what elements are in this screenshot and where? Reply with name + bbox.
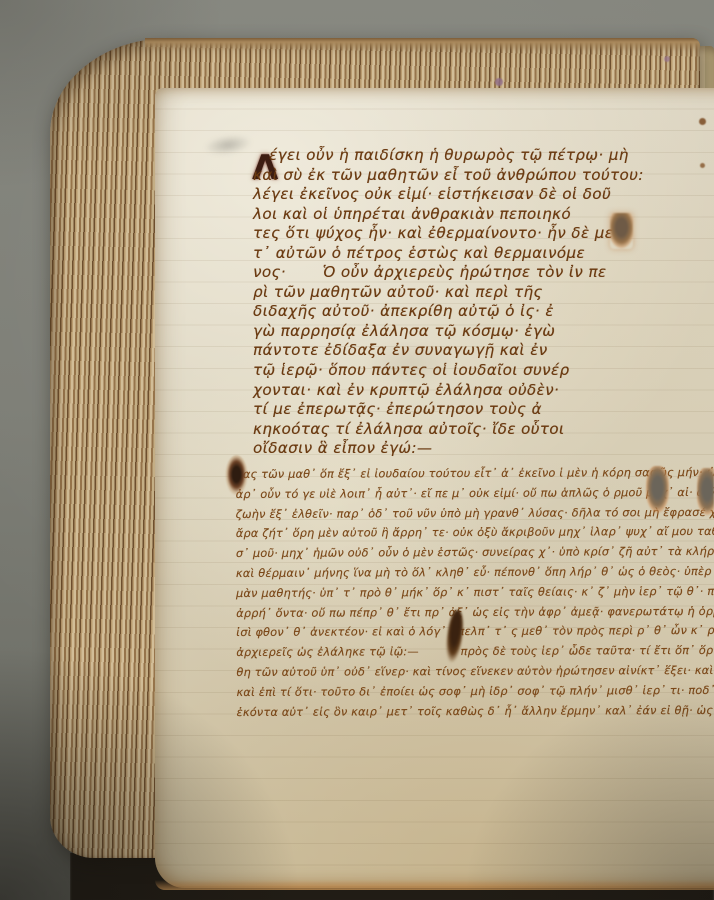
- gospel-text-line: ρὶ τῶν μαθητῶν αὐτοῦ· καὶ περὶ τῆς: [253, 283, 665, 303]
- commentary-text-line: ἰσὶ φθον᾽ θ᾽ ἀνεκτέον· εἰ καὶ ὁ λόγ᾽ ἀπε…: [236, 621, 690, 643]
- gospel-text-line: λοι καὶ οἱ ὑπηρέται ἀνθρακιὰν πεποιηκό: [253, 205, 665, 225]
- gospel-text-line: οἴδασιν ἃ εἶπον ἐγώ:—: [253, 439, 665, 459]
- commentary-text-line: ἀρ᾽ οὖν τό γε υἱὲ λοιπ᾽ ἦ αὐτ᾽· εἴ πε μ᾽…: [236, 483, 690, 505]
- gospel-text-line: έγει οὖν ἡ παιδίσκη ἡ θυρωρὸς τῷ πέτρῳ· …: [253, 146, 665, 166]
- commentary-text-line: ζωὴν ἔξ᾽ ἐλθεῖν· παρ᾽ ὁδ᾽ τοῦ νῦν ὑπὸ μὴ…: [236, 503, 690, 525]
- commentary-text-line: ἀρρή᾽ ὄντα· οὔ πω πέπρ᾽ θ᾽ ἔτι πρ᾽ ἀξ᾽ ὡ…: [236, 602, 690, 624]
- gospel-text-line: πάντοτε ἐδίδαξα ἐν συναγωγῇ καὶ ἐν: [253, 341, 665, 361]
- gospel-text-line: κηκοότας τί ἐλάλησα αὐτοῖς· ἴδε οὗτοι: [253, 420, 665, 440]
- commentary-text-line: σ᾽ μοῦ· μηχ᾽ ἡμῶν οὐδ᾽ οὖν ὁ μὲν ἑστῶς· …: [236, 542, 690, 564]
- gospel-text-line: χονται· καὶ ἐν κρυπτῷ ἐλάλησα οὐδὲν·: [253, 381, 665, 401]
- commentary-text-line: καὶ θέρμαιν᾽ μήνης ἵνα μὴ τὸ ὅλ᾽ κληθ᾽ ε…: [236, 562, 690, 584]
- brown-spot: [699, 118, 706, 125]
- purple-spot: [495, 78, 503, 86]
- commentary-text-line: θη τῶν αὐτοῦ ὑπ᾽ οὐδ᾽ εἵνερ· καὶ τίνος ε…: [236, 661, 690, 683]
- gospel-text-line: διδαχῆς αὐτοῦ· ἀπεκρίθη αὐτῷ ὁ ἰς· ἐ: [253, 302, 665, 322]
- commentary-text-block: ρας τῶν μαθ᾽ ὅπ ἔξ᾽ εἰ ἰουδαίου τούτου ε…: [235, 463, 690, 722]
- grey-stain-page-edge: [697, 468, 714, 516]
- gospel-text-line: τῷ ἱερῷ· ὅπου πάντες οἱ ἰουδαῖοι συνέρ: [253, 361, 665, 381]
- brown-spot: [700, 163, 705, 168]
- gospel-text-block: έγει οὖν ἡ παιδίσκη ἡ θυρωρὸς τῷ πέτρῳ· …: [253, 146, 665, 459]
- gospel-text-line: λέγει ἐκεῖνος οὐκ εἰμί· εἱστήκεισαν δὲ ο…: [253, 185, 665, 205]
- gospel-text-line: τί με ἐπερωτᾷς· ἐπερώτησον τοὺς ἀ: [253, 400, 665, 420]
- ink-blot-commentary-start: [225, 455, 248, 498]
- commentary-text-line: μὰν μαθητής· ὑπ᾽ τ᾽ πρὸ θ᾽ μήκ᾽ ὅρ᾽ κ᾽ π…: [236, 582, 690, 604]
- commentary-text-line: καὶ ἐπὶ τί ὅτι· τοῦτο δι᾽ ἐποίει ὡς σοφ᾽…: [236, 681, 690, 703]
- gospel-text-line: νος· Ὁ οὖν ἀρχιερεὺς ἠρώτησε τὸν ἰν πε: [253, 263, 665, 283]
- commentary-text-line: ἄρα ζήτ᾽ ὅρη μὲν αὐτοῦ ἢ ἄρρη᾽ τε· οὐκ ὀ…: [236, 522, 690, 544]
- gospel-text-line: καὶ σὺ ἐκ τῶν μαθητῶν εἶ τοῦ ἀνθρώπου το…: [253, 166, 665, 186]
- gospel-text-line: γὼ παρρησίᾳ ἐλάλησα τῷ κόσμῳ· ἐγὼ: [253, 322, 665, 342]
- grey-stain-right-margin: [646, 466, 669, 514]
- commentary-text-line: ρας τῶν μαθ᾽ ὅπ ἔξ᾽ εἰ ἰουδαίου τούτου ε…: [235, 463, 689, 485]
- manuscript-photo: Λ έγει οὖν ἡ παιδίσκη ἡ θυρωρὸς τῷ πέτρῳ…: [0, 0, 714, 900]
- commentary-text-line: ἀρχιερεῖς ὡς ἐλάληκε τῷ ἰῷ:— πρὸς δὲ τοὺ…: [236, 641, 690, 663]
- gospel-text-line: τες ὅτι ψύχος ἦν· καὶ ἐθερμαίνοντο· ἦν δ…: [253, 224, 665, 244]
- brown-stain-right-margin: [610, 213, 633, 249]
- gospel-text-line: τ᾽ αὐτῶν ὁ πέτρος ἑστὼς καὶ θερμαινόμε: [253, 244, 665, 264]
- purple-spot: [664, 56, 670, 62]
- commentary-text-line: ἑκόντα αὐτ᾽ εἰς ὃν καιρ᾽ μετ᾽ τοῖς καθὼς…: [236, 701, 690, 723]
